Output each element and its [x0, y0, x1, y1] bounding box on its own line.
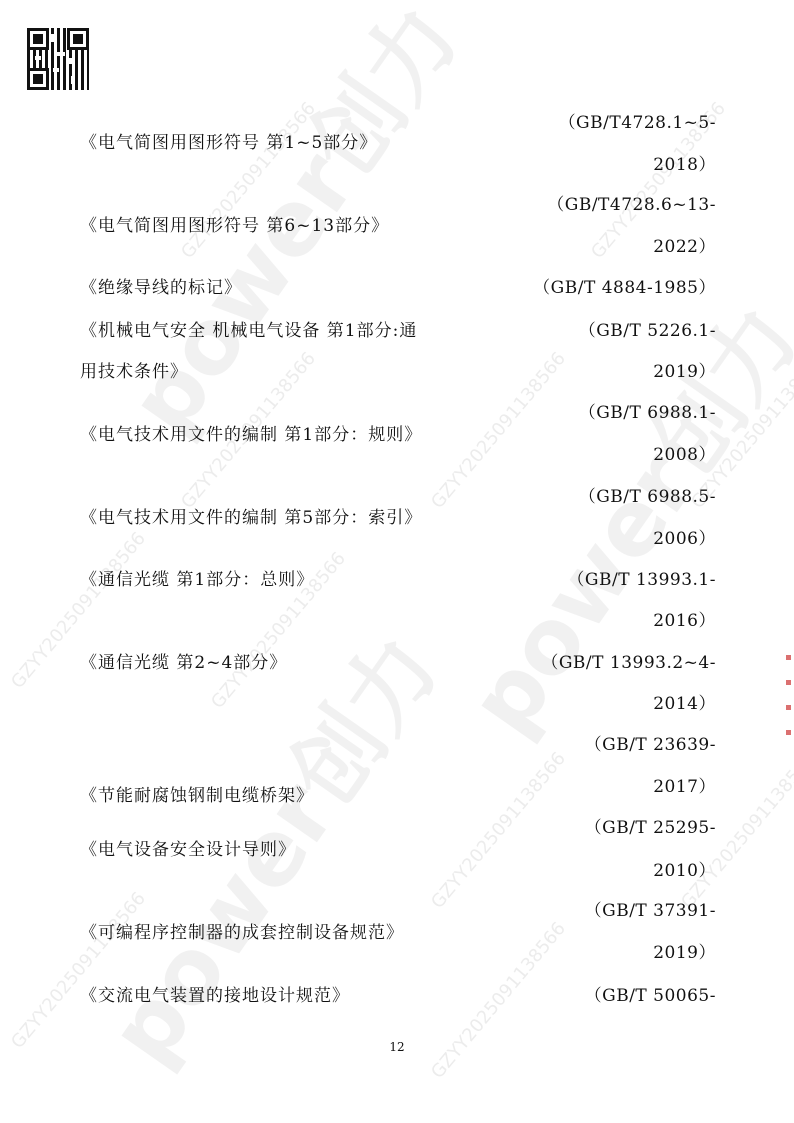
standard-code: （GB/T 13993.1-: [567, 565, 716, 590]
id-watermark: GZYY2025091138566: [427, 748, 570, 913]
standard-code: （GB/T4728.1~5-: [559, 108, 716, 133]
standard-title: 《机械电气安全 机械电气设备 第1部分:通: [80, 316, 417, 341]
standard-title: 《交流电气装置的接地设计规范》: [80, 981, 350, 1006]
brand-watermark: power创力: [432, 275, 794, 755]
standard-title: 《可编程序控制器的成套控制设备规范》: [80, 918, 404, 943]
standard-title: 《通信光缆 第1部分：总则》: [80, 565, 314, 590]
standard-code: （GB/T4728.6~13-: [547, 190, 716, 215]
id-watermark: GZYY2025091138566: [427, 918, 570, 1083]
standard-code-year: 2016）: [653, 606, 716, 631]
standard-title: 《节能耐腐蚀钢制电缆桥架》: [80, 781, 314, 806]
id-watermark: GZYY2025091138566: [7, 888, 150, 1053]
standard-code: （GB/T 6988.5-: [579, 482, 716, 507]
standard-title: 《电气简图用图形符号 第1~5部分》: [80, 128, 377, 153]
standard-code-year: 2017）: [653, 772, 716, 797]
standard-code: （GB/T 37391-: [585, 896, 716, 921]
standard-title: 《绝缘导线的标记》: [80, 273, 242, 298]
standard-code: （GB/T 23639-: [585, 730, 716, 755]
qr-code: [27, 28, 89, 90]
standard-code-year: 2019）: [653, 357, 716, 382]
standard-title: 《电气简图用图形符号 第6~13部分》: [80, 211, 389, 236]
standard-title: 《电气设备安全设计导则》: [80, 835, 296, 860]
standard-code: （GB/T 50065-: [585, 981, 716, 1006]
standard-code: （GB/T 5226.1-: [579, 316, 716, 341]
id-watermark: GZYY2025091138566: [177, 98, 320, 263]
standard-title: 《电气技术用文件的编制 第1部分：规则》: [80, 420, 422, 445]
standard-title-cont: 用技术条件》: [80, 357, 188, 382]
standard-code-year: 2018）: [653, 150, 716, 175]
standard-code-year: 2014）: [653, 689, 716, 714]
seal-stamp-edge: [786, 655, 792, 755]
standard-code-year: 2008）: [653, 440, 716, 465]
standard-title: 《通信光缆 第2~4部分》: [80, 648, 287, 673]
standard-code-year: 2006）: [653, 524, 716, 549]
id-watermark: GZYY2025091138566: [427, 348, 570, 513]
standard-code-year: 2010）: [653, 856, 716, 881]
standard-code: （GB/T 25295-: [585, 813, 716, 838]
standard-code-year: 2019）: [653, 938, 716, 963]
standard-code: （GB/T 6988.1-: [579, 398, 716, 423]
standard-code-year: 2022）: [653, 232, 716, 257]
standard-code: （GB/T 13993.2~4-: [541, 648, 716, 673]
page-number: 12: [0, 1040, 794, 1054]
standard-title: 《电气技术用文件的编制 第5部分：索引》: [80, 503, 422, 528]
standard-code: （GB/T 4884-1985）: [533, 273, 716, 298]
